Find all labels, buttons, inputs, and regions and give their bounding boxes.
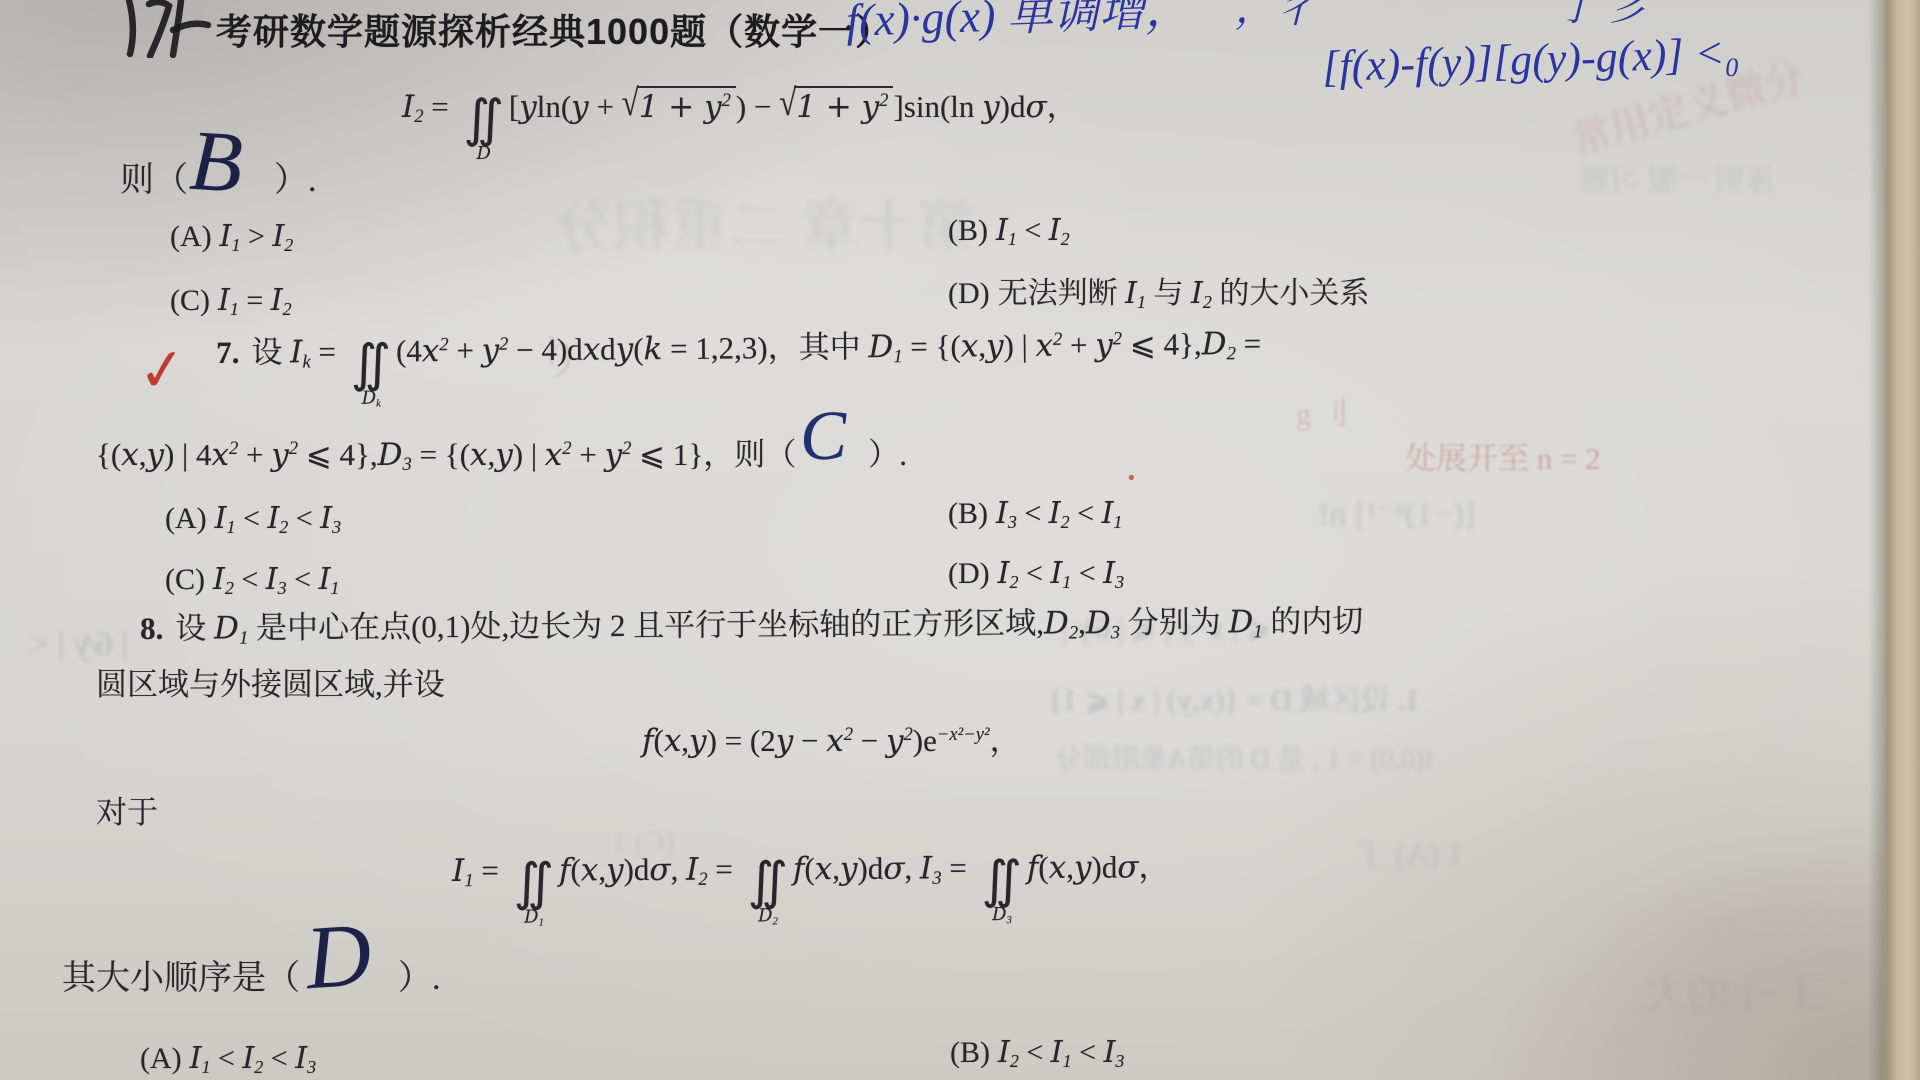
- bleedthrough-text: [(−1)ⁿ⁻¹] n!: [1318, 494, 1475, 537]
- q8-answer-prompt: 其大小顺序是（ D ）.: [62, 958, 441, 1001]
- q8-prompt-open: 其大小顺序是（: [62, 958, 300, 1001]
- bleedthrough-text: 第十章 二重积分: [555, 192, 976, 265]
- q7-option-a: (A)I1 < I2 < I3: [165, 500, 341, 539]
- q8-number: 8.: [140, 611, 163, 646]
- handwritten-answer-q8: D: [303, 910, 374, 1004]
- q8-line2: 圆区域与外接圆区域,并设: [96, 666, 445, 705]
- handwritten-answer-q7: C: [799, 401, 848, 473]
- q6-prompt-close: ）.: [274, 160, 317, 203]
- q8-integrals-formula: I1 = ∬D1f(x,y)dσ, I2 = ∬D2f(x,y)dσ, I3 =…: [452, 848, 1170, 929]
- handwritten-answer-q6: B: [188, 117, 245, 206]
- q6-option-d: (D)无法判断 I1 与 I2 的大小关系: [948, 275, 1369, 314]
- q8-line1: 8.设 D1 是中心在点(0,1)处,边长为 2 且平行于坐标轴的正方形区域,D…: [140, 603, 1364, 651]
- textbook-page-photo: 第十章 二重积分⩽ | x−y | ⩽ | 6⁄y |1. 设区域 D = {(…: [0, 0, 1920, 1080]
- q7-option-b: (B)I3 < I2 < I1: [948, 495, 1122, 534]
- corner-shadow: [1460, 800, 1920, 1080]
- q8-option-a: (A)I1 < I2 < I3: [140, 1040, 316, 1079]
- q7-line1: 7.设 Ik = ∬Dk(4x2 + y2 − 4)dxdy(k = 1,2,3…: [216, 325, 1262, 411]
- q7-line2: {(x,y) | 4x2 + y2 ⩽ 4},D3 = {(x,y) | x2 …: [96, 436, 907, 476]
- q7-answer-gap: C: [796, 436, 868, 476]
- q6-display-formula: I2 = ∬D[yln(y + √1 + y2) − √1 + y2]sin(l…: [402, 86, 1078, 163]
- q8-option-b: (B)I2 < I1 < I3: [950, 1034, 1124, 1073]
- bleedthrough-text: g 刂: [1296, 396, 1349, 434]
- q6-prompt-open: 则（: [120, 160, 188, 203]
- bleedthrough-text: 涿则 一服 习题: [1580, 162, 1775, 200]
- q7-option-c: (C)I2 < I3 < I1: [165, 561, 339, 600]
- handwriting-fragment: ，彳: [1235, 0, 1315, 34]
- bleedthrough-text: 处展开至 n = 2: [1405, 440, 1601, 479]
- q8-paragraph: 对于: [96, 794, 158, 833]
- q6-answer-prompt: 则（ B ）.: [120, 160, 317, 203]
- q7-line2-close: ）.: [868, 436, 907, 475]
- bleedthrough-text: 1 (A) 丁: [1355, 834, 1463, 874]
- q6-option-a: (A)I1 > I2: [170, 218, 293, 257]
- handwritten-scribble: [113, 0, 218, 58]
- q8-answer-gap: D: [300, 958, 398, 998]
- q8-prompt-close: ）.: [398, 958, 441, 1001]
- bleedthrough-text: 1. 设区域 D = {(x,y) | x | ⩽ 1}: [1048, 682, 1420, 720]
- bleedthrough-text: f(0,0) = 1 , 是 D 的第A象限部分: [1055, 742, 1433, 777]
- q7-number: 7.: [216, 335, 240, 370]
- q6-option-b: (B)I1 < I2: [948, 212, 1070, 251]
- q6-option-c: (C)I1 = I2: [170, 282, 292, 321]
- bleedthrough-text: | 6⁄y | <: [30, 624, 128, 667]
- q6-answer-gap: B: [188, 160, 274, 200]
- page-title: 考研数学题源探析经典1000题（数学一）: [216, 9, 892, 54]
- red-checkmark: ✓: [134, 332, 190, 409]
- q8-function-formula: f(x,y) = (2y − x2 − y2)e−x²−y²，: [642, 722, 1021, 761]
- handwriting-fragment: 亅 彡: [1556, 0, 1646, 32]
- q7-option-d: (D)I2 < I1 < I3: [948, 555, 1124, 594]
- next-page-edge: [1868, 0, 1920, 1080]
- red-dot-mark: ·: [1124, 450, 1139, 505]
